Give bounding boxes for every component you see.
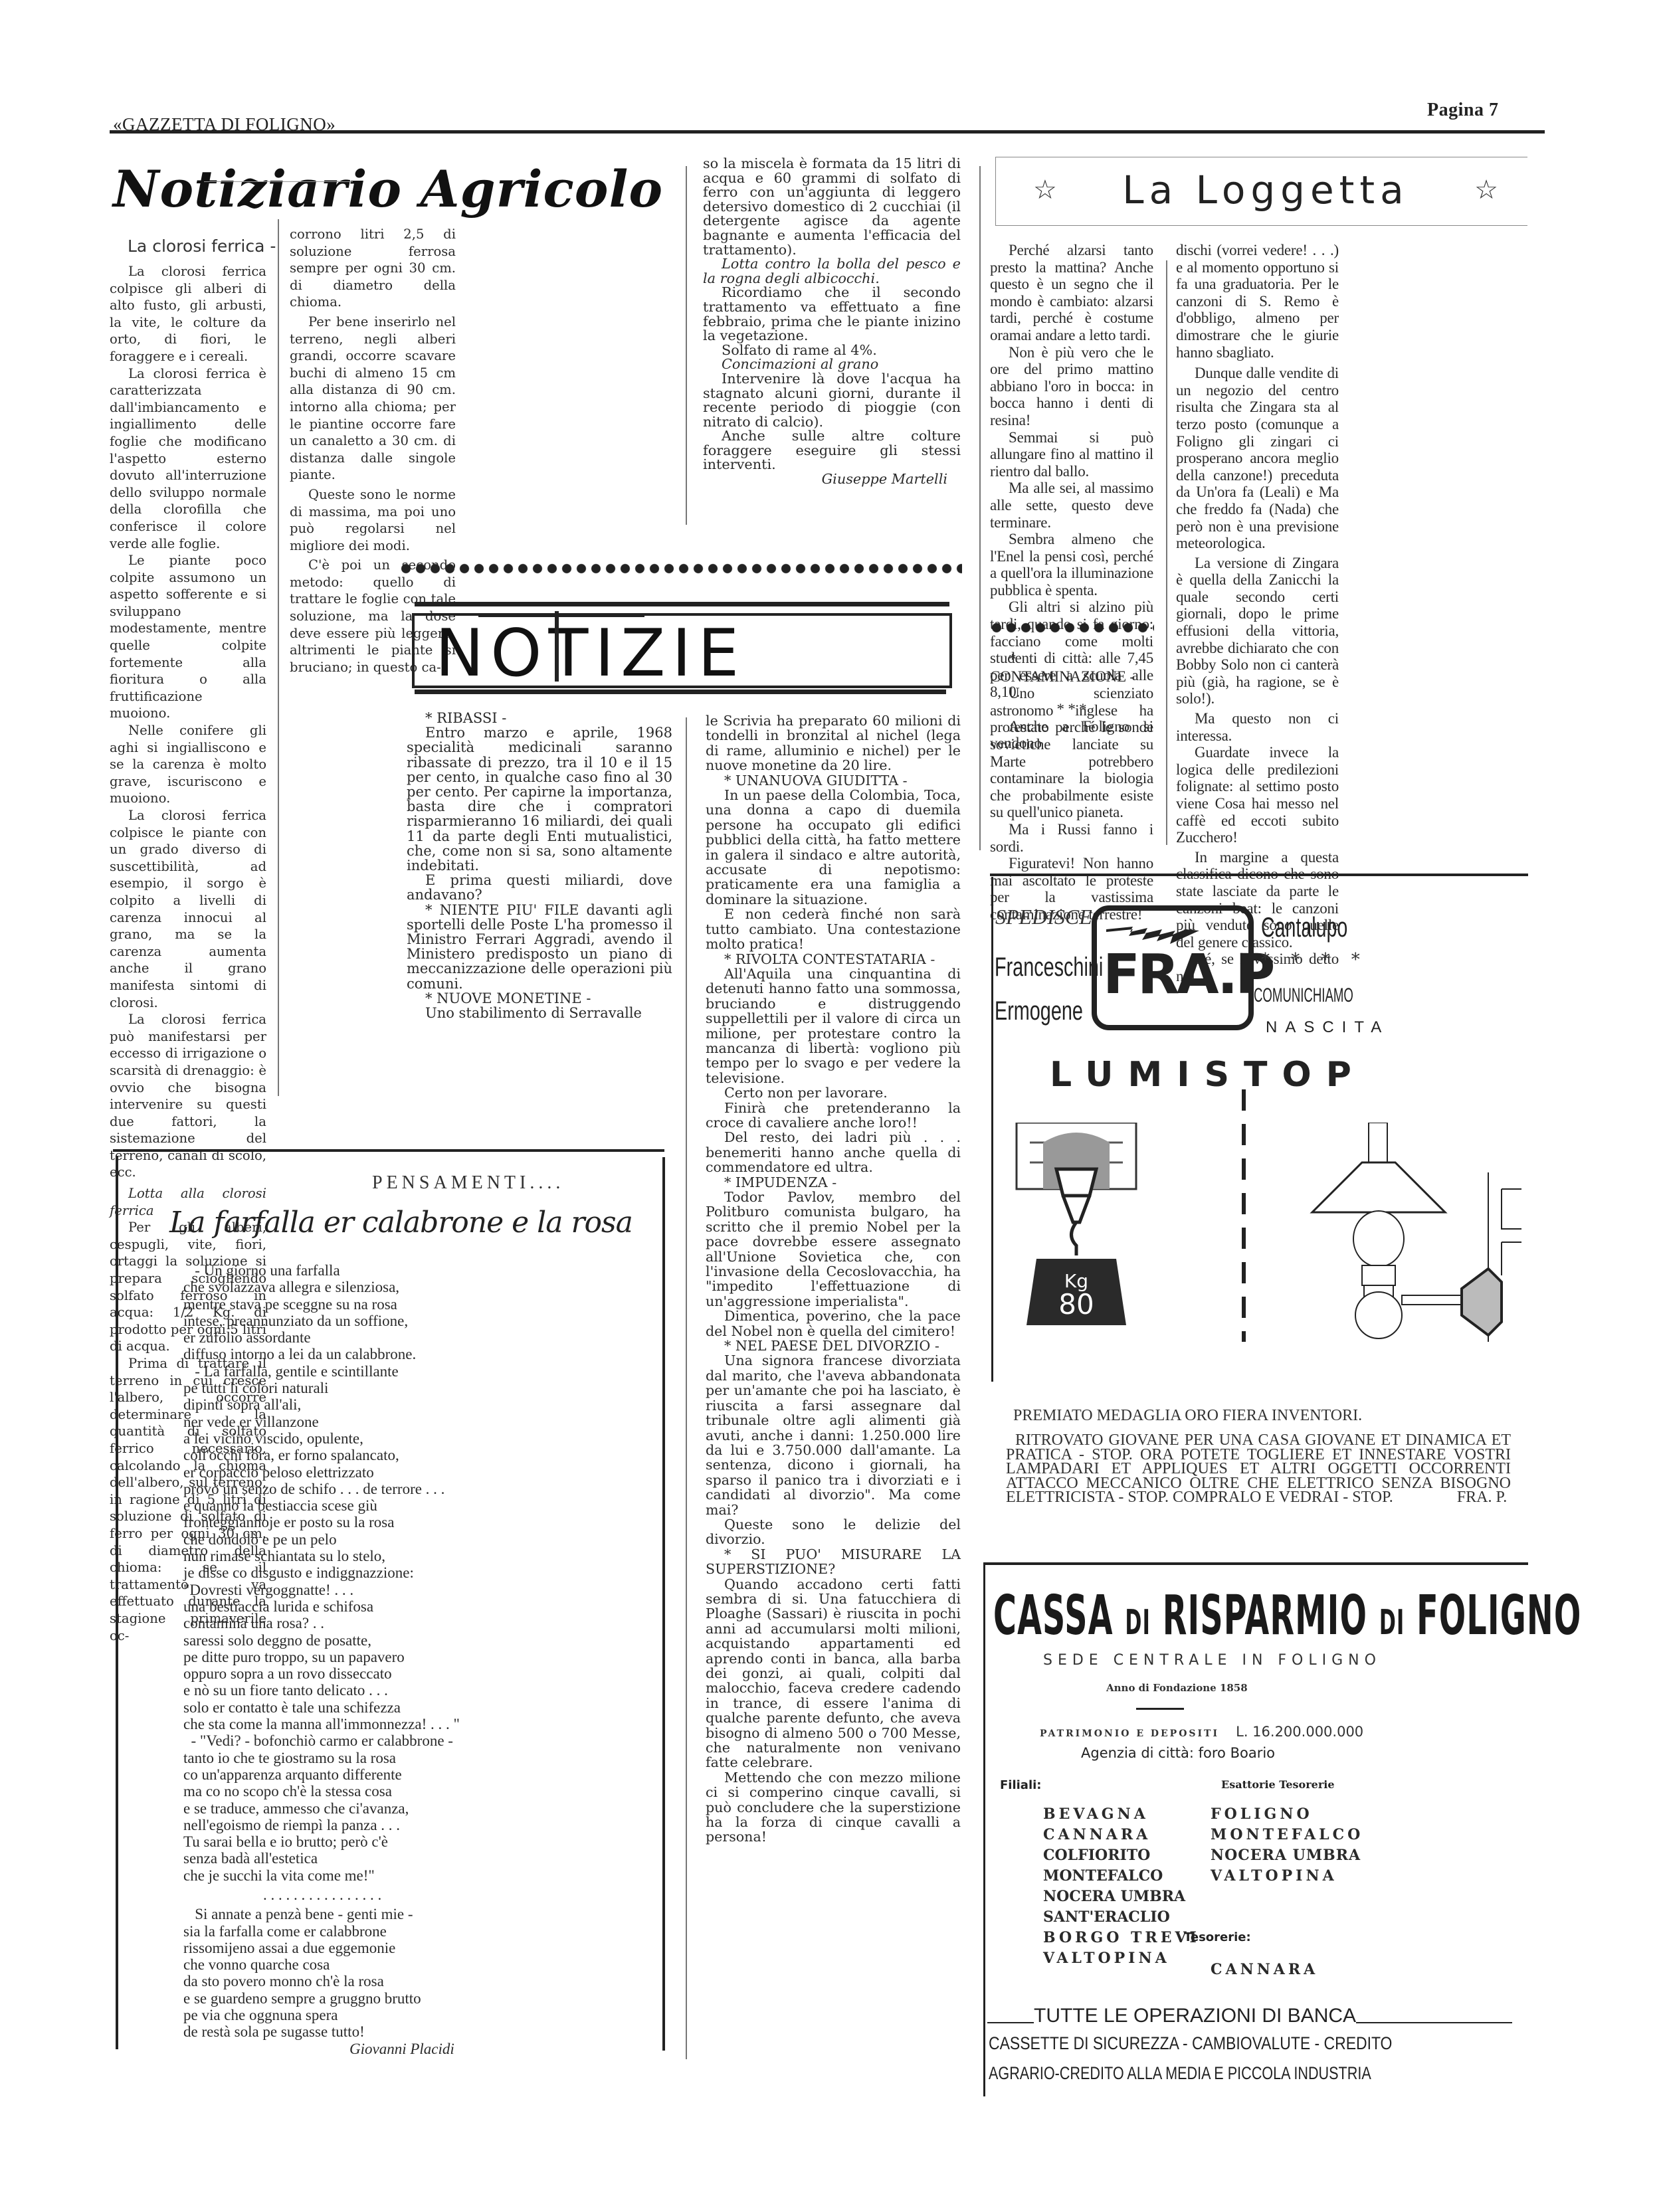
paragraph: Dunque dalle vendite di un negozio del c… xyxy=(1176,365,1339,552)
poem-line: ner vede er villanzone xyxy=(183,1414,460,1430)
treasury-item: CANNARA xyxy=(1211,1960,1318,1980)
paragraph: Per bene inserirlo nel terreno, negli al… xyxy=(290,314,456,484)
news-paragraph: Uno stabilimento di Serravalle xyxy=(407,1006,672,1020)
news-heading: * IMPUDENZA - xyxy=(706,1175,961,1190)
poem-line: e se traduce, ammesso che ci'avanza, xyxy=(183,1800,460,1817)
signature: Giuseppe Martelli xyxy=(703,472,961,487)
services-line-2: AGRARIO-CREDITO ALLA MEDIA E PICCOLA IND… xyxy=(989,2063,1371,2084)
frap-left-bot: Ermogene xyxy=(995,996,1083,1026)
poem-top-rule xyxy=(113,1149,664,1152)
news-heading: * CONTAMINAZIONE - xyxy=(990,651,1153,685)
poem-kicker: PENSAMENTI.... xyxy=(372,1172,564,1194)
contaminazione-article: * CONTAMINAZIONE - Uno scienziato astron… xyxy=(990,651,1153,923)
poem-line: Si annate a penzà bene - genti mie - xyxy=(183,1906,460,1922)
frap-signature: FRA. P. xyxy=(1457,1489,1507,1506)
poem-line: diffuso intorno a lei da un calabbrone. xyxy=(183,1346,460,1362)
branch-item: VALTOPINA xyxy=(1043,1948,1200,1969)
news-paragraph: Todor Pavlov, membro del Politburo comun… xyxy=(706,1190,961,1309)
paragraph: La versione di Zingara è quella della Za… xyxy=(1176,555,1339,707)
poem-line: e se guardeno sempre a gruggno brutto xyxy=(183,1990,460,2007)
paragraph: Ma i Russi fanno i sordi. xyxy=(990,821,1153,855)
news-heading: * SI PUO' MISURARE LA SUPERSTIZIONE? xyxy=(706,1547,961,1577)
news-paragraph: E prima questi miliardi, dove andavano? xyxy=(407,873,672,902)
assets-value: L. 16.200.000.000 xyxy=(1236,1724,1363,1740)
page-number: Pagina 7 xyxy=(1427,100,1498,121)
paragraph: Uno scienziato astronomo inglese ha prot… xyxy=(990,685,1153,821)
paragraph: Semmai si può allungare fino al mattino … xyxy=(990,429,1153,480)
poem-line: ma co no scopo ch'è la stessa cosa xyxy=(183,1783,460,1799)
bank-title-word: RISPARMIO xyxy=(1163,1584,1367,1647)
branches-label: Filiali: xyxy=(1000,1778,1042,1792)
frap-body-text: RITROVATO GIOVANE PER UNA CASA GIOVANE E… xyxy=(1006,1431,1511,1506)
column-divider xyxy=(979,166,981,850)
poem-line: e quanno la bestiaccia scese giù xyxy=(183,1497,460,1514)
poem-line: co un'apparenza arquanto differente xyxy=(183,1766,460,1783)
bank-seat: SEDE CENTRALE IN FOLIGNO xyxy=(1043,1652,1381,1669)
tax-offices-list: FOLIGNO MONTEFALCO NOCERA UMBRA VALTOPIN… xyxy=(1211,1804,1363,1887)
paragraph: La clorosi ferrica è caratterizzata dall… xyxy=(110,365,266,553)
news-paragraph: Una signora francese divorziata dal mari… xyxy=(706,1353,961,1517)
bank-title-word: CASSA xyxy=(993,1584,1114,1647)
paragraph: corrono litri 2,5 di soluzione ferrosa s… xyxy=(290,226,456,311)
paragraph: La clorosi ferrica colpisce le piante co… xyxy=(110,807,266,1011)
star-icon: ☆ xyxy=(1474,175,1498,205)
tax-label: Esattorie Tesorerie xyxy=(1221,1778,1335,1791)
poem-line: "Dovresti vergoggnatte! . . . xyxy=(183,1582,460,1598)
weight-value: 80 xyxy=(1043,1291,1110,1319)
poem-line: solo er contatto è tale una schifezza xyxy=(183,1699,460,1716)
frap-right-stars: * * * * xyxy=(1261,950,1368,970)
branches-list: BEVAGNA CANNARA COLFIORITO MONTEFALCO NO… xyxy=(1043,1804,1200,1969)
notizie-column-a: * RIBASSI - Entro marzo e aprile, 1968 s… xyxy=(407,711,672,1020)
poem-line: er corpaccio peloso elettrizzato xyxy=(183,1464,460,1481)
star-icon: ☆ xyxy=(1033,175,1057,205)
page-label: Pagina xyxy=(1427,100,1484,120)
frap-top-rule xyxy=(990,874,1528,876)
news-heading: * NEL PAESE DEL DIVORZIO - xyxy=(706,1338,961,1353)
paragraph: Le piante poco colpite assumono un aspet… xyxy=(110,552,266,722)
news-paragraph: Quando accadono certi fatti sembra di si… xyxy=(706,1577,961,1770)
treasury-list: CANNARA xyxy=(1211,1960,1318,1980)
notizie-letter-divider xyxy=(555,611,559,682)
notizie-title: NOTIZIE xyxy=(435,621,745,686)
notizie-top-bar xyxy=(415,602,949,606)
poem-line: a lei vicino viscido, opulente, xyxy=(183,1430,460,1447)
poem-line: che svolazzava allegra e silenziosa, xyxy=(183,1279,460,1295)
news-paragraph: le Scrivia ha preparato 60 milioni di to… xyxy=(706,713,961,773)
product-name: LUMISTOP xyxy=(1050,1055,1366,1095)
dotted-separator xyxy=(991,622,1154,633)
poem-line: de restà sola pe sugasse tutto! xyxy=(183,2023,460,2040)
poem-line: oppuro sopra a un rovo disseccato xyxy=(183,1665,460,1682)
poem-line: coll'occhi fôra, er forno spalancato, xyxy=(183,1447,460,1463)
poem-line: pe tutti li colori naturali xyxy=(183,1380,460,1396)
poem-title: La farfalla er calabrone e la rosa xyxy=(169,1206,633,1240)
paragraph: dischi (vorrei vedere! . . .) e al momen… xyxy=(1176,242,1339,361)
news-paragraph: E non cederà finché non sarà tutto cambi… xyxy=(706,907,961,951)
paragraph: Queste sono le norme di massima, ma poi … xyxy=(290,486,456,554)
poem-line: fronteggiannoje er posto su la rosa xyxy=(183,1514,460,1530)
assets-label: PATRIMONIO E DEPOSITI xyxy=(1040,1728,1219,1739)
frap-left-border xyxy=(991,877,993,1382)
notizie-title-text: NOTIZIE xyxy=(435,616,745,691)
poem-line: che sta come la manna all'immonnezza! . … xyxy=(183,1716,460,1732)
poem-line: contaminà una rosa? . . xyxy=(183,1615,460,1631)
notizie-column-b: le Scrivia ha preparato 60 milioni di to… xyxy=(706,713,961,1845)
news-paragraph: Entro marzo e aprile, 1968 specialità me… xyxy=(407,725,672,873)
news-paragraph: * NIENTE PIU' FILE davanti agli sportell… xyxy=(407,903,672,991)
frap-right-bot: NASCITA xyxy=(1266,1018,1389,1037)
lightning-icon xyxy=(1106,927,1199,940)
services-rule-right xyxy=(1356,2022,1512,2023)
poem-line: intese, preannunziato da un soffione, xyxy=(183,1313,460,1329)
branch-item: BEVAGNA xyxy=(1043,1804,1200,1825)
poem-line: pe ditte puro troppo, su un papavero xyxy=(183,1649,460,1665)
agricolo-underline xyxy=(205,182,205,183)
loggetta-title: La Loggetta xyxy=(1122,167,1409,213)
header-rule xyxy=(110,130,1545,134)
news-paragraph: Queste sono le delizie del divorzio. xyxy=(706,1517,961,1547)
paragraph: La clorosi ferrica può manifestarsi per … xyxy=(110,1011,266,1181)
poem-line: senza badà all'estetica xyxy=(183,1850,460,1867)
poem-author: Giovanni Placidi xyxy=(183,2041,460,2057)
poem-line: nun rimase schiantata su lo stelo, xyxy=(183,1548,460,1564)
news-heading: * UNANUOVA GIUDITTA - xyxy=(706,773,961,788)
bank-title: CASSA DI RISPARMIO DI FOLIGNO xyxy=(993,1584,1512,1637)
column-divider xyxy=(1166,260,1167,845)
news-heading: * NUOVE MONETINE - xyxy=(407,991,672,1006)
frap-body: RITROVATO GIOVANE PER UNA CASA GIOVANE E… xyxy=(1006,1433,1511,1505)
agricolo-column-3: so la miscela è formata da 15 litri di a… xyxy=(703,157,961,487)
news-paragraph: All'Aquila una cinquantina di detenuti h… xyxy=(706,967,961,1085)
loggetta-header: ☆ La Loggetta ☆ xyxy=(1033,167,1498,213)
tax-office-item: FOLIGNO xyxy=(1211,1804,1363,1825)
poem-line: che je succhi la vita come me!" xyxy=(183,1867,460,1884)
bank-founded: Anno di Fondazione 1858 xyxy=(1106,1682,1248,1694)
poem-line: er zufolio assordante xyxy=(183,1329,460,1346)
paragraph: Solfato di rame al 4%. xyxy=(703,343,961,358)
bank-agency: Agenzia di città: foro Boario xyxy=(1081,1745,1275,1761)
branch-item: BORGO TREVI xyxy=(1043,1928,1200,1948)
paragraph: Guardate invece la logica delle predilez… xyxy=(1176,744,1339,846)
agricolo-title: Notiziario Agricolo xyxy=(113,159,663,219)
bank-title-text: CASSA DI RISPARMIO DI FOLIGNO xyxy=(993,1584,1294,1647)
news-paragraph: Finirà che pretenderanno la croce di cav… xyxy=(706,1101,961,1131)
poem-line: - "Vedi? - bofonchiò carmo er calabbrone… xyxy=(183,1732,460,1749)
poem-line: saressi solo deggno de posatte, xyxy=(183,1632,460,1649)
poem-line: provò un senzo de schifo . . . de terror… xyxy=(183,1481,460,1497)
branch-item: SANT'ERACLIO xyxy=(1043,1907,1200,1928)
poem-line: pe via che oggnuna spera xyxy=(183,2007,460,2023)
paragraph: Non è più vero che le ore del primo matt… xyxy=(990,344,1153,429)
services-head-wrap: TUTTE LE OPERAZIONI DI BANCA xyxy=(987,2005,1512,2027)
treasury-label: Tesorerie: xyxy=(1184,1930,1251,1944)
paragraph: Sembra almeno che l'Enel la pensi così, … xyxy=(990,531,1153,599)
poem-line: Tu sarai bella e io brutto; però c'è xyxy=(183,1833,460,1850)
frap-award: PREMIATO MEDAGLIA ORO FIERA INVENTORI. xyxy=(1013,1407,1362,1425)
column-divider xyxy=(278,219,279,1096)
paragraph: Ricordiamo che il secondo trattamento va… xyxy=(703,286,961,343)
agricolo-subtitle: La clorosi ferrica - xyxy=(128,236,276,256)
bank-title-word: FOLIGNO xyxy=(1417,1584,1581,1647)
services-head: TUTTE LE OPERAZIONI DI BANCA xyxy=(1034,2005,1356,2027)
paragraph: Nelle conifere gli aghi si ingialliscono… xyxy=(110,722,266,807)
poem-line: che dondolò e pe un pelo xyxy=(183,1531,460,1548)
news-paragraph: Del resto, dei ladri più . . . benemerit… xyxy=(706,1130,961,1174)
frap-logo-text: FRA.P xyxy=(1103,943,1272,1006)
bank-title-word: DI xyxy=(1125,1603,1151,1643)
poem-line: che vonno quarche cosa xyxy=(183,1956,460,1973)
poem-line: sia la farfalla come er calabbrone xyxy=(183,1923,460,1940)
paragraph: Anche sulle altre colture foraggere eseg… xyxy=(703,429,961,472)
poem-line: e nò su un fiore tanto delicato . . . xyxy=(183,1682,460,1699)
news-paragraph: Dimentica, poverino, che la pace del Nob… xyxy=(706,1309,961,1338)
subheading: Lotta contro la bolla del pesco e la rog… xyxy=(703,257,961,286)
news-paragraph: In un paese della Colombia, Toca, una do… xyxy=(706,788,961,907)
poem-line: je disse co disgusto e indiggnazzione: xyxy=(183,1564,460,1581)
branch-item: NOCERA UMBRA xyxy=(1043,1887,1200,1907)
poem-line: mentre stava pe sceggne su na rosa xyxy=(183,1296,460,1313)
poem-separator: . . . . . . . . . . . . . . . . xyxy=(183,1887,460,1903)
news-heading: * RIVOLTA CONTESTATARIA - xyxy=(706,952,961,967)
frap-right-top: Cantalupo xyxy=(1261,911,1347,943)
frap-left-top: SPEDISCE xyxy=(995,905,1092,929)
poem-left-border xyxy=(116,1156,118,2049)
agricolo-column-2: corrono litri 2,5 di soluzione ferrosa s… xyxy=(290,226,456,676)
paragraph: La clorosi ferrica colpisce gli alberi d… xyxy=(110,263,266,365)
tax-office-item: VALTOPINA xyxy=(1211,1866,1363,1887)
tax-office-item: MONTEFALCO xyxy=(1211,1825,1363,1845)
dashed-divider xyxy=(1242,1089,1246,1342)
subheading: Concimazioni al grano xyxy=(703,357,961,372)
bank-title-word: DI xyxy=(1379,1603,1405,1643)
poem-right-border xyxy=(662,1157,665,2051)
paragraph: so la miscela è formata da 15 litri di a… xyxy=(703,157,961,257)
weight-label: Kg 80 xyxy=(1043,1272,1110,1319)
poem-line: nell'egoismo de riempì la panza . . . xyxy=(183,1817,460,1833)
poem-line: - La farfalla, gentile e scintillante xyxy=(183,1363,460,1380)
services-line-1: CASSETTE DI SICUREZZA - CAMBIOVALUTE - C… xyxy=(989,2033,1392,2054)
bank-assets: PATRIMONIO E DEPOSITI L. 16.200.000.000 xyxy=(1040,1724,1363,1740)
paragraph: Intervenire là dove l'acqua ha stagnato … xyxy=(703,372,961,429)
poem-line: una bestiaccia lurida e schifosa xyxy=(183,1598,460,1615)
poem-line: dipinti sopra all'ali, xyxy=(183,1396,460,1413)
paragraph: Perché alzarsi tanto presto la mattina? … xyxy=(990,242,1153,344)
column-divider xyxy=(686,717,687,2059)
poem-stanza-1: - Un giorno una farfalla che svolazzava … xyxy=(183,1262,460,2057)
frap-right-mid: COMUNICHIAMO xyxy=(1254,984,1353,1007)
tax-office-item: NOCERA UMBRA xyxy=(1211,1845,1363,1866)
poem-line: - Un giorno una farfalla xyxy=(183,1262,460,1279)
news-heading: * RIBASSI - xyxy=(407,711,672,725)
bank-left-border xyxy=(983,1565,985,2096)
branch-item: COLFIORITO xyxy=(1043,1845,1200,1866)
dotted-separator xyxy=(401,563,962,574)
poem-line: tanto io che te giostramo su la rosa xyxy=(183,1750,460,1766)
poem-line: da sto povero monno ch'è la rosa xyxy=(183,1973,460,1989)
frap-left-mid: Franceschini xyxy=(995,953,1103,982)
branch-item: MONTEFALCO xyxy=(1043,1866,1200,1887)
paragraph: Ma alle sei, al massimo alle sette, ques… xyxy=(990,480,1153,531)
news-paragraph: Mettendo che con mezzo milione ci si com… xyxy=(706,1770,961,1845)
paragraph: Ma questo non ci interessa. xyxy=(1176,710,1339,744)
services-rule-left xyxy=(987,2022,1034,2023)
page-number-value: 7 xyxy=(1489,100,1499,120)
agricolo-heading-underline xyxy=(204,181,353,182)
lamp-illustration xyxy=(1302,1123,1521,1342)
bank-top-rule xyxy=(983,1562,1528,1565)
column-divider xyxy=(686,166,687,525)
branch-item: CANNARA xyxy=(1043,1825,1200,1845)
poem-line: rissomijeno assai a due eggemonie xyxy=(183,1940,460,1956)
news-paragraph: Certo non per lavorare. xyxy=(706,1085,961,1100)
bank-divider xyxy=(1136,1708,1184,1710)
